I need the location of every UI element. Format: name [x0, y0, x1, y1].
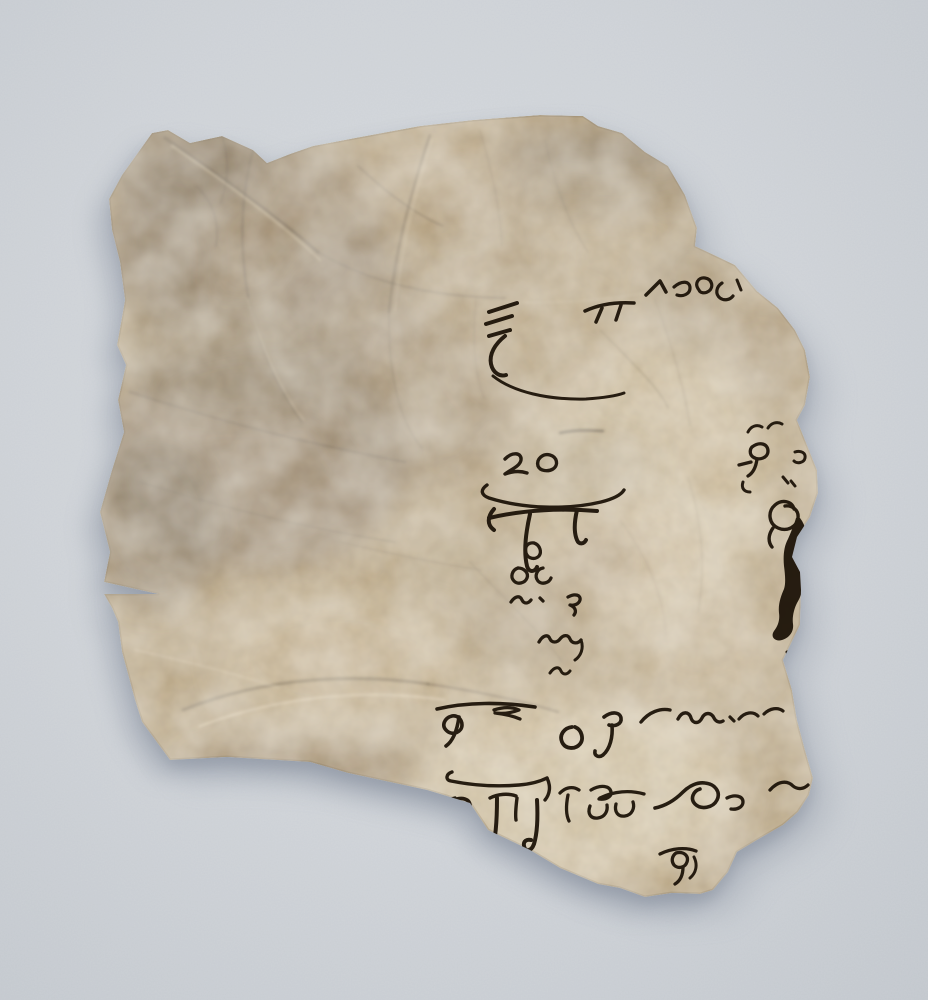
stain-patch: [560, 525, 640, 595]
photo-canvas: [0, 0, 928, 1000]
ink-stroke: [540, 598, 543, 601]
stain-patch: [515, 428, 655, 508]
stain-patch: [745, 654, 751, 660]
manuscript-photo: [0, 0, 928, 1000]
ink-stroke: [516, 798, 517, 820]
stain-patch: [395, 515, 515, 605]
